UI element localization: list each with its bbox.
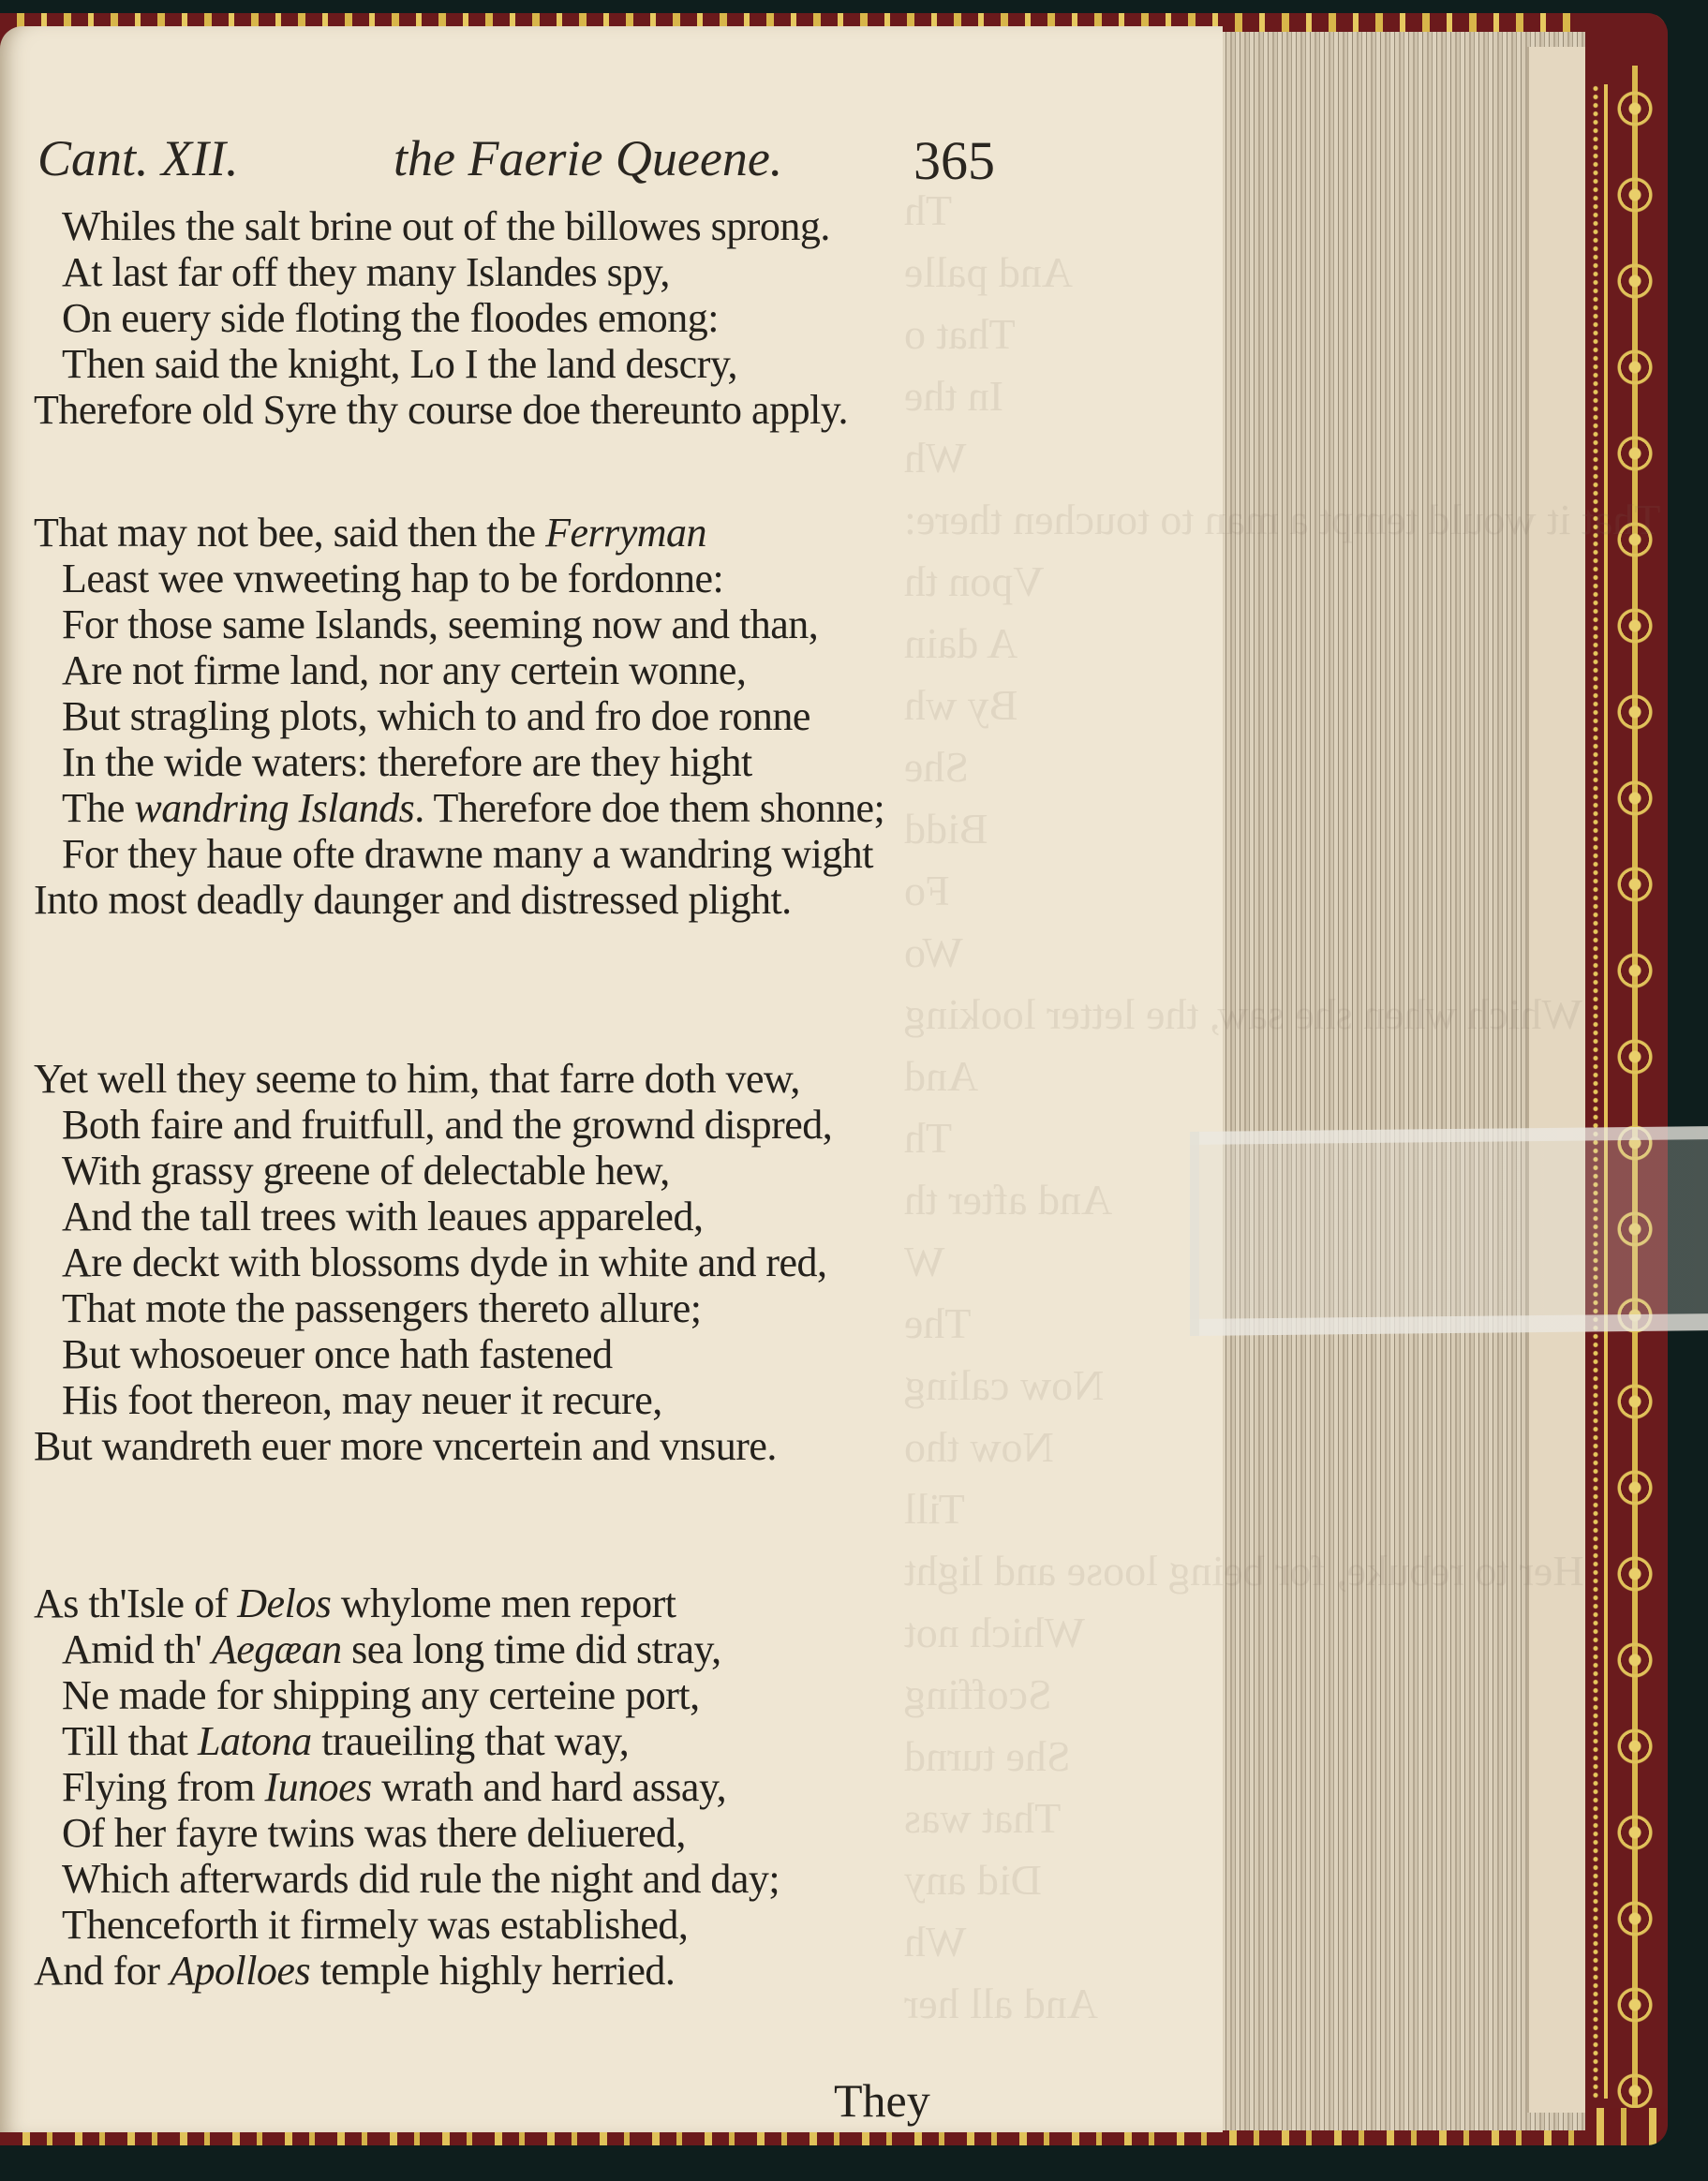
show-through-line: That was [904,1793,1061,1843]
verse-line: Therefore old Syre thy course doe thereu… [34,386,848,434]
verse-line: Ne made for shipping any certeine port, [62,1671,700,1719]
show-through-line: W [904,1237,944,1286]
verse-line: Least wee vnweeting hap to be fordonne: [62,555,723,602]
show-through-line: Th [904,1113,952,1163]
show-through-line: Wo [904,927,963,977]
show-through-line: Bidd [904,804,988,853]
show-through-line: Wh [904,1917,966,1966]
verse-line: That mote the passengers thereto allure; [62,1284,702,1332]
show-through-line: Which when she saw, the letter looking [904,989,1582,1039]
verse-line: But stragling plots, which to and fro do… [62,692,810,740]
show-through-line: Vpon th [904,556,1045,606]
show-through-line: Fo [904,866,950,915]
show-through-line: Th [904,185,952,235]
verse-line: Yet well they seeme to him, that farre d… [34,1055,800,1103]
verse-line: For they haue ofte drawne many a wandrin… [62,830,873,878]
canto-label: Cant. XII. [37,129,238,187]
show-through-line: In the [904,371,1003,421]
show-through-line: By wh [904,680,1017,730]
verse-line: Into most deadly daunger and distressed … [34,876,792,924]
verse-line: On euery side floting the floodes emong: [62,294,719,342]
show-through-line: Her to rebuke, for being loose and light [904,1546,1584,1595]
show-through-line: Which not [904,1608,1085,1657]
verse-line: Thenceforth it firmely was established, [62,1901,688,1949]
verse-line: The wandring Islands. Therefore doe them… [62,784,884,832]
gilt-dotted-border [1593,84,1598,2099]
verse-line: And the tall trees with leaues appareled… [62,1193,703,1240]
show-through-line: And after th [904,1175,1112,1224]
verse-line: Whiles the salt brine out of the billowe… [62,202,830,250]
running-title: the Faerie Queene. [394,129,782,187]
verse-line: For those same Islands, seeming now and … [62,601,818,648]
gilt-rule [1604,84,1608,2099]
verse-line: His foot thereon, may neuer it recure, [62,1376,662,1424]
verse-line: But whosoeuer once hath fastened [62,1330,613,1378]
show-through-line: Now caling [904,1360,1104,1410]
verse-line: With grassy greene of delectable hew, [62,1147,670,1194]
show-through-line: She turnd [904,1731,1071,1781]
show-through-line: And [904,1051,978,1101]
show-through-line: The [904,1298,972,1348]
verse-line: In the wide waters: therefore are they h… [62,738,752,786]
verse-line: Of her fayre twins was there deliuered, [62,1809,686,1857]
show-through-line: And palle [904,247,1073,297]
page-number: 365 [913,129,995,192]
verse-line: But wandreth euer more vncertein and vns… [34,1422,777,1470]
show-through-line: A dain [904,618,1017,668]
show-through-line: Now tho [904,1422,1054,1472]
show-through-line: Till [904,1484,965,1534]
book-page: ThAnd palleThat oIn theWhThat it would t… [0,26,1223,2132]
verse-line: Flying from Iunoes wrath and hard assay, [62,1763,726,1811]
verse-line: Amid th' Aegæan sea long time did stray, [62,1625,721,1673]
verse-line: Both faire and fruitfull, and the grownd… [62,1101,832,1149]
verse-line: Are deckt with blossoms dyde in white an… [62,1239,827,1286]
verse-line: Which afterwards did rule the night and … [62,1855,780,1903]
bookmark-clip[interactable] [1190,1126,1708,1336]
catchword: They [834,2073,930,2128]
verse-line: As th'Isle of Delos whylome men report [34,1580,676,1627]
verse-line: And for Apolloes temple highly herried. [34,1947,675,1995]
show-through-line: She [904,742,969,792]
show-through-line: That o [904,309,1016,359]
verse-line: Are not firme land, nor any certein wonn… [62,646,746,694]
show-through-line: Scoffing [904,1669,1052,1719]
verse-line: Till that Latona traueiling that way, [62,1717,629,1765]
show-through-line: Wh [904,433,966,482]
verse-line: That may not bee, said then the Ferryman [34,509,706,556]
last-leaf-edge [1527,47,1585,2113]
gilt-tooling-pattern [1613,66,1656,2108]
show-through-line: That it would tempt a man to touchen the… [904,495,1660,544]
show-through-line: Did any [904,1855,1042,1905]
show-through-line: And all her [904,1979,1098,2028]
verse-line: Then said the knight, Lo I the land desc… [62,340,737,388]
verse-line: At last far off they many Islandes spy, [62,248,670,296]
